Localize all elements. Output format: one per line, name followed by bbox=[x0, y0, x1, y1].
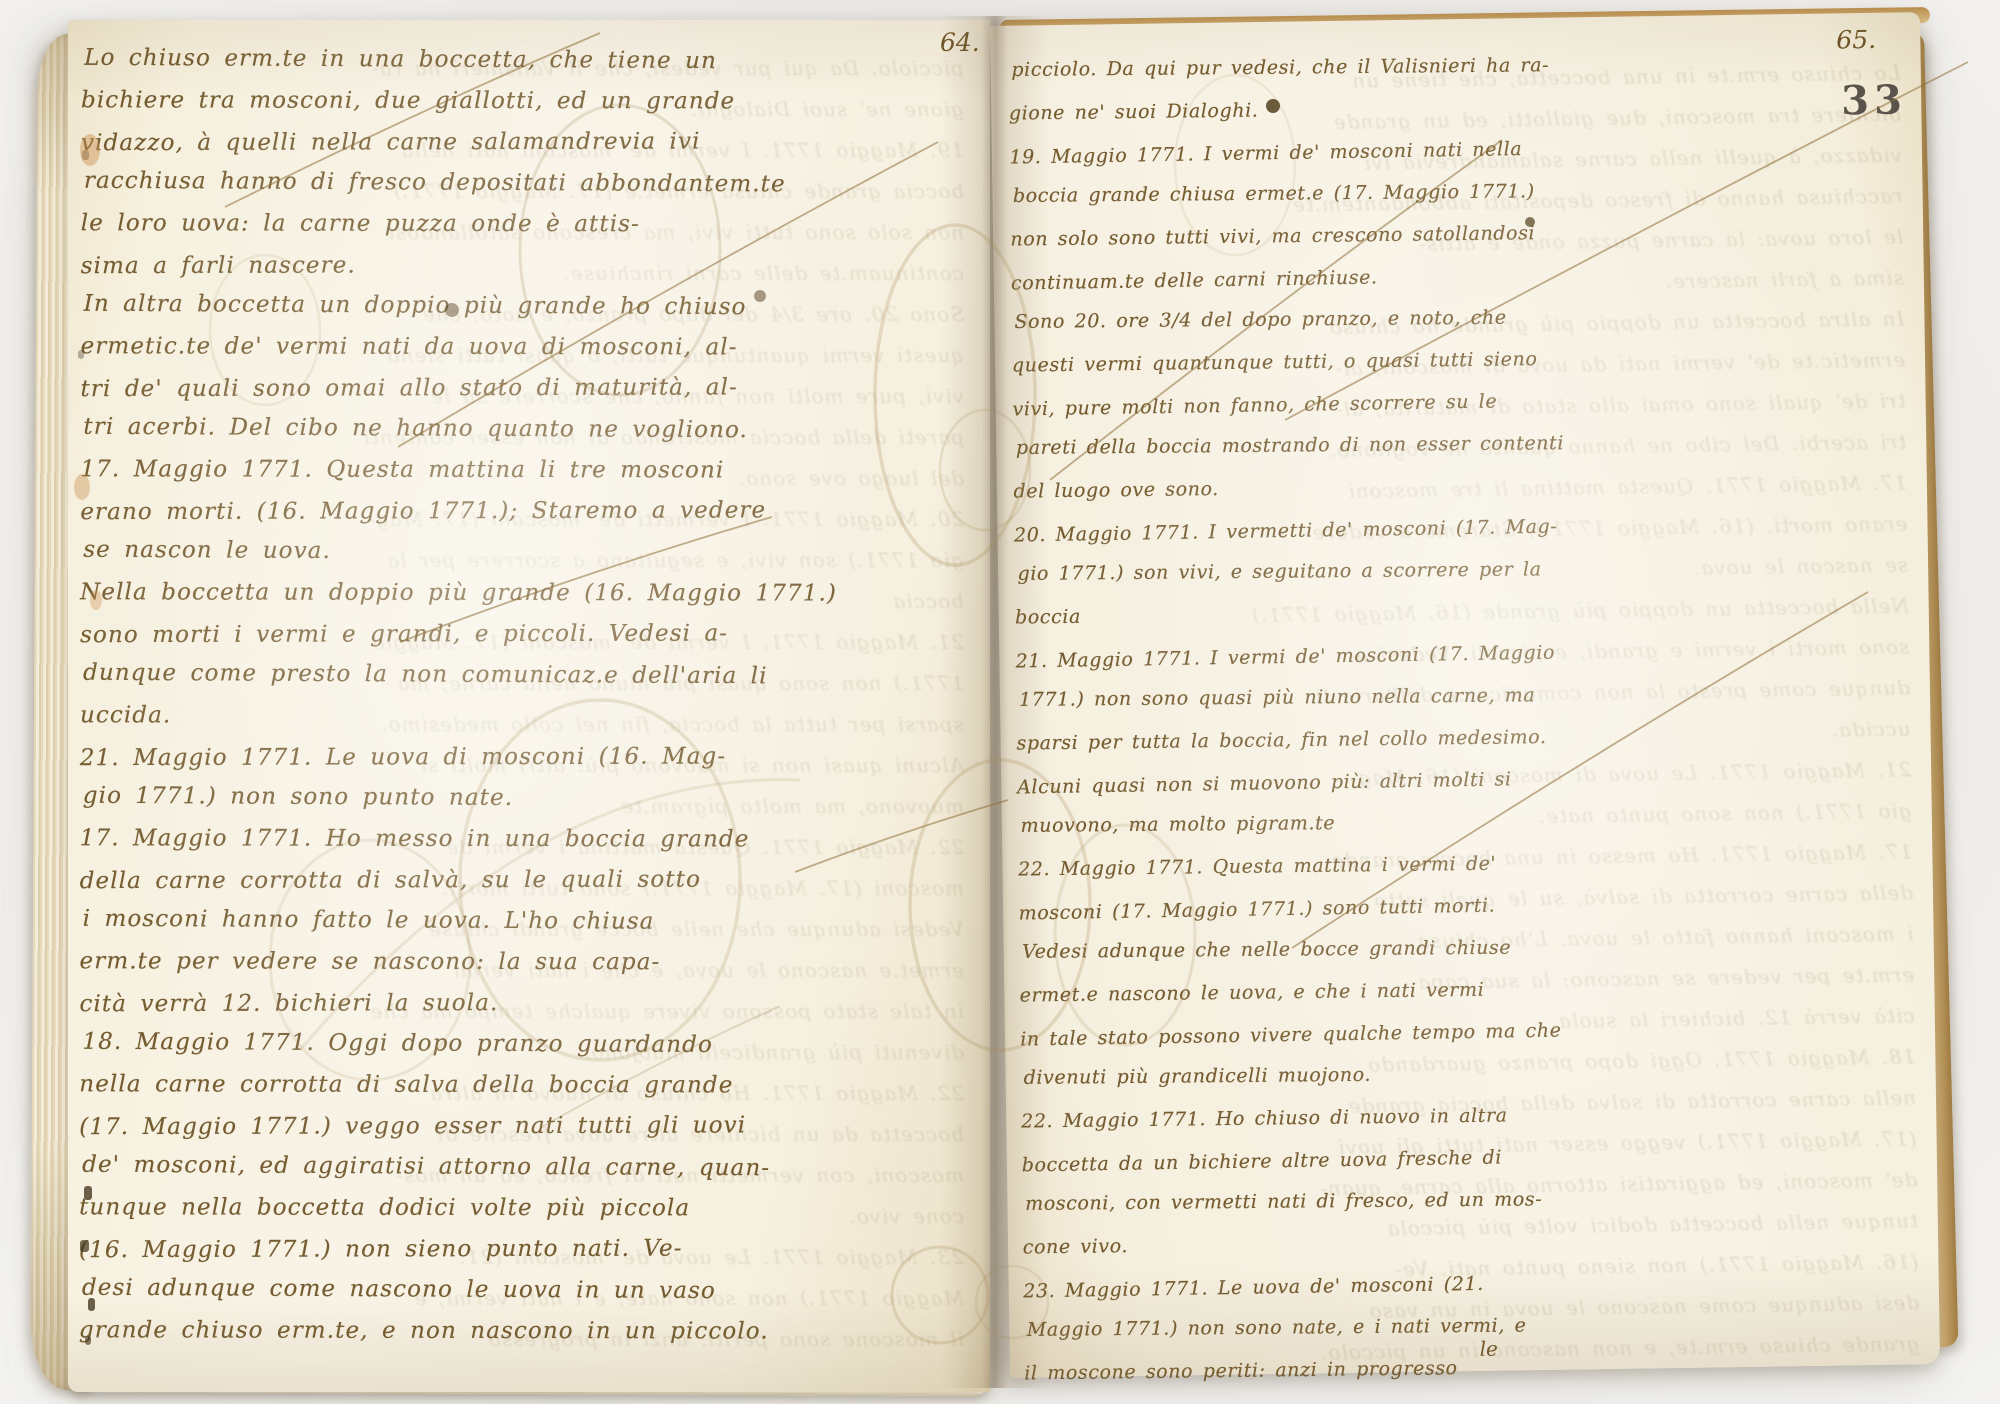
bleedthrough-line: 17. Maggio 1771. Questa mattina li tre m… bbox=[1021, 462, 1908, 516]
bleedthrough-line: tunque nella boccetta dodici volte più p… bbox=[1032, 1200, 1919, 1254]
manuscript-line: In altra boccetta un doppio più grande h… bbox=[84, 284, 964, 330]
bleedthrough-line: sparsi per tutta la boccia, fin nel coll… bbox=[104, 704, 964, 745]
manuscript-line: 18. Maggio 1771. Oggi dopo pranzo guarda… bbox=[82, 1022, 962, 1068]
bleedthrough-line: del luogo ove sono. bbox=[104, 458, 964, 499]
manuscript-line: 22. Maggio 1771. Ho chiuso di nuovo in a… bbox=[1021, 1089, 1921, 1142]
manuscript-line: del luogo ove sono. bbox=[1013, 460, 1913, 513]
manuscript-line: tunque nella boccetta dodici volte più p… bbox=[79, 1187, 959, 1230]
manuscript-line: le loro uova: la carne puzza onde è atti… bbox=[81, 203, 961, 246]
bleedthrough-line: nella carne corrotta di salva della bocc… bbox=[1030, 1077, 1917, 1131]
bleedthrough-line: non solo sono tutti vivi, ma crescono sa… bbox=[104, 212, 964, 253]
manuscript-line: continuam.te delle carni rinchiuse. bbox=[1011, 248, 1912, 305]
manuscript-line: i mosconi hanno fatto le uova. L'ho chiu… bbox=[83, 899, 963, 945]
manuscript-line: grande chiuso erm.te, e non nascono in u… bbox=[79, 1310, 959, 1353]
bleedthrough-line: le loro uova: la carne puzza onde è atti… bbox=[1017, 216, 1904, 270]
bleedthrough-line: gio 1771.) non sono punto nate. bbox=[1026, 790, 1913, 844]
bleedthrough-line: in tale stato possono vivere qualche tem… bbox=[104, 991, 964, 1032]
bleedthrough-line: mosconi, con vermetti nati di fresco, ed… bbox=[104, 1155, 964, 1196]
bleedthrough-text-right: Lo chiuso erm.te in una boccetta, che ti… bbox=[1015, 52, 1920, 1377]
bleedthrough-line: boccia grande chiusa ermet.e (17. Maggio… bbox=[104, 171, 964, 212]
bleedthrough-line: Vedesi adunque che nelle bocce grandi ch… bbox=[104, 909, 964, 950]
bleedthrough-line: sima a farli nascere. bbox=[1018, 257, 1905, 311]
manuscript-line: nella carne corrotta di salva della bocc… bbox=[79, 1064, 959, 1107]
manuscript-line: divenuti più grandicelli muojono. bbox=[1023, 1049, 1923, 1099]
bleedthrough-line: della carne corrotta di salvà, su le qua… bbox=[1027, 872, 1914, 926]
bleedthrough-line: 17. Maggio 1771. Ho messo in una boccia … bbox=[1026, 831, 1913, 885]
bleedthrough-line: boccetta da un bichiere altre uova fresc… bbox=[104, 1114, 964, 1155]
bleedthrough-line: bichiere tra mosconi, due giallotti, ed … bbox=[1015, 93, 1902, 147]
manuscript-line: 19. Maggio 1771. I vermi de' mosconi nat… bbox=[1009, 122, 1910, 179]
manuscript-line: bichiere tra mosconi, due giallotti, ed … bbox=[81, 80, 961, 123]
manuscript-line: mosconi (17. Maggio 1771.) sono tutti mo… bbox=[1018, 878, 1919, 935]
bleedthrough-line: de' mosconi, ed aggiratisi attorno alla … bbox=[1031, 1159, 1918, 1213]
manuscript-line: gio 1771.) non sono punto nate. bbox=[83, 776, 963, 822]
manuscript-line: racchiusa hanno di fresco depositati abb… bbox=[84, 161, 964, 207]
bleedthrough-line: dunque come presto la non comunicaz.e de… bbox=[1024, 667, 1911, 721]
catchword: le bbox=[1480, 1337, 1499, 1361]
bleedthrough-text-left: picciolo. Da qui pur vedesi, che il Vali… bbox=[104, 48, 964, 1360]
bleedthrough-line: In altra boccetta un doppio più grande h… bbox=[1018, 298, 1905, 352]
page-number-left: 64. bbox=[940, 28, 980, 57]
manuscript-line: in tale stato possono vivere qualche tem… bbox=[1020, 1004, 1921, 1061]
manuscript-line: tri de' quali sono omai allo stato di ma… bbox=[80, 367, 960, 410]
bleedthrough-line: mosconi (17. Maggio 1771.) sono tutti mo… bbox=[104, 868, 964, 909]
manuscript-line: Lo chiuso erm.te in una boccetta, che ti… bbox=[84, 38, 964, 84]
manuscript-line: (17. Maggio 1771.) veggo esser nati tutt… bbox=[79, 1105, 959, 1148]
manuscript-line: questi vermi quantunque tutti, o quasi t… bbox=[1012, 334, 1912, 387]
manuscript-line: boccia grande chiusa ermet.e (17. Maggio… bbox=[1013, 167, 1913, 217]
bleedthrough-line: cone vivo. bbox=[104, 1196, 964, 1237]
bleedthrough-line: 1771.) non sono quasi più niuno nella ca… bbox=[104, 663, 964, 704]
manuscript-line: 17. Maggio 1771. Questa mattina li tre m… bbox=[80, 449, 960, 492]
bleedthrough-line: tri acerbi. Del cibo ne hanno quanto ne … bbox=[1020, 421, 1907, 475]
bleedthrough-line: 23. Maggio 1771. Le uova de' mosconi (21… bbox=[104, 1237, 964, 1278]
folio-stamp: 33 bbox=[1841, 76, 1907, 124]
manuscript-line: non solo sono tutti vivi, ma crescono sa… bbox=[1010, 208, 1910, 261]
bleedthrough-line: erm.te per vedere se nascono: la sua cap… bbox=[1028, 954, 1915, 1008]
manuscript-line: muovono, ma molto pigram.te bbox=[1020, 797, 1920, 847]
manuscript-line: Maggio 1771.) non sono nate, e i nati ve… bbox=[1027, 1301, 1927, 1351]
page-number-right: 65. bbox=[1836, 25, 1876, 55]
manuscript-line: 21. Maggio 1771. Le uova di mosconi (16.… bbox=[80, 736, 960, 779]
manuscript-line: ermet.e nascono le uova, e che i nati ve… bbox=[1019, 963, 1919, 1016]
manuscript-line: 17. Maggio 1771. Ho messo in una boccia … bbox=[80, 818, 960, 861]
manuscript-line: 1771.) non sono quasi più niuno nella ca… bbox=[1019, 671, 1919, 721]
bleedthrough-line: divenuti più grandicelli muojono. bbox=[104, 1032, 964, 1073]
bleedthrough-line: 21. Maggio 1771. Le uova di mosconi (16.… bbox=[1025, 749, 1912, 803]
bleedthrough-line: Nella boccetta un doppio più grande (16.… bbox=[1022, 585, 1909, 639]
manuscript-line: picciolo. Da qui pur vedesi, che il Vali… bbox=[1011, 41, 1911, 91]
bleedthrough-line: 21. Maggio 1771. I vermi de' mosconi (17… bbox=[104, 622, 964, 663]
manuscript-line: il moscone sono periti: anzi in progress… bbox=[1024, 1341, 1924, 1394]
bleedthrough-line: 22. Maggio 1771. Ho chiuso di nuovo in a… bbox=[104, 1073, 964, 1114]
manuscript-line: sparsi per tutta la boccia, fin nel coll… bbox=[1016, 712, 1916, 765]
manuscript-line: 21. Maggio 1771. I vermi de' mosconi (17… bbox=[1015, 626, 1916, 683]
bleedthrough-line: Alcuni quasi non si muovono più: altri m… bbox=[104, 745, 964, 786]
bleedthrough-line: questi vermi quantunque tutti, o quasi t… bbox=[104, 335, 964, 376]
bleedthrough-line: racchiusa hanno di fresco depositati abb… bbox=[1016, 175, 1903, 229]
manuscript-line: pareti della boccia mostrando di non ess… bbox=[1016, 419, 1916, 469]
bleedthrough-line: erano morti. (16. Maggio 1771.); Staremo… bbox=[1021, 503, 1908, 557]
bleedthrough-line: vivi, pure molti non fanno, che scorrere… bbox=[104, 376, 964, 417]
manuscript-line: 23. Maggio 1771. Le uova de' mosconi (21… bbox=[1023, 1256, 1924, 1313]
bleedthrough-line: tri de' quali sono omai allo stato di ma… bbox=[1019, 380, 1906, 434]
manuscript-line: cone vivo. bbox=[1022, 1215, 1922, 1268]
manuscript-line: 20. Maggio 1771. I vermetti de' mosconi … bbox=[1014, 500, 1915, 557]
bleedthrough-line: (16. Maggio 1771.) non sieno punto nati.… bbox=[1032, 1241, 1919, 1295]
bleedthrough-line: picciolo. Da qui pur vedesi, che il Vali… bbox=[104, 48, 964, 89]
manuscript-line: se nascon le uova. bbox=[83, 530, 963, 576]
manuscript-line: cità verrà 12. bichieri la suola. bbox=[79, 982, 959, 1025]
manuscript-line: Alcuni quasi non si muovono più: altri m… bbox=[1017, 752, 1918, 809]
manuscript-text-left: Lo chiuso erm.te in una boccetta, che ti… bbox=[79, 39, 961, 1353]
manuscript-line: mosconi, con vermetti nati di fresco, ed… bbox=[1025, 1175, 1925, 1225]
manuscript-line: Vedesi adunque che nelle bocce grandi ch… bbox=[1022, 923, 1922, 973]
bleedthrough-line: pareti della boccia mostrando di non ess… bbox=[104, 417, 964, 458]
manuscript-line: desi adunque come nascono le uova in un … bbox=[82, 1268, 962, 1314]
bleedthrough-line: 20. Maggio 1771. I vermetti de' mosconi … bbox=[104, 499, 964, 540]
bleedthrough-line: Maggio 1771.) non sono nate, e i nati ve… bbox=[104, 1278, 964, 1319]
manuscript-line: gio 1771.) son vivi, e seguitano a scorr… bbox=[1017, 545, 1917, 595]
manuscript-line: gione ne' suoi Dialoghi. bbox=[1009, 82, 1909, 135]
bleedthrough-line: continuam.te delle carni rinchiuse. bbox=[104, 253, 964, 294]
manuscript-line: tri acerbi. Del cibo ne hanno quanto ne … bbox=[83, 407, 963, 453]
manuscript-line: Sono 20. ore 3/4 del dopo pranzo, e noto… bbox=[1014, 293, 1914, 343]
page-right: Lo chiuso erm.te in una boccetta, che ti… bbox=[990, 12, 1940, 1378]
manuscript-line: della carne corrotta di salvà, su le qua… bbox=[80, 859, 960, 902]
bleedthrough-line: se nascon le uova. bbox=[1022, 544, 1909, 598]
manuscript-line: ermetic.te de' vermi nati da uova di mos… bbox=[81, 326, 961, 369]
manuscript-line: erano morti. (16. Maggio 1771.); Staremo… bbox=[80, 490, 960, 533]
bleedthrough-line: il moscone sono periti: anzi in progress… bbox=[104, 1319, 964, 1360]
manuscript-line: 22. Maggio 1771. Questa mattina i vermi … bbox=[1018, 838, 1918, 891]
bleedthrough-line: 19. Maggio 1771. I vermi de' mosconi nat… bbox=[104, 130, 964, 171]
manuscript-line: Nella boccetta un doppio più grande (16.… bbox=[80, 572, 960, 615]
bleedthrough-line: desi adunque come nascono le uova in un … bbox=[1033, 1282, 1920, 1336]
bleedthrough-line: Sono 20. ore 3/4 del dopo pranzo, e noto… bbox=[104, 294, 964, 335]
bleedthrough-line: sono morti i vermi e grandi, e piccoli. … bbox=[1023, 626, 1910, 680]
bleedthrough-line: gio 1771.) son vivi, e seguitano a scorr… bbox=[104, 540, 964, 581]
bleedthrough-line: 18. Maggio 1771. Oggi dopo pranzo guarda… bbox=[1029, 1036, 1916, 1090]
bleedthrough-line: ermet.e nascono le uova, e che i nati ve… bbox=[104, 950, 964, 991]
manuscript-line: vidazzo, à quelli nella carne salamandre… bbox=[81, 121, 961, 164]
manuscript-line: (16. Maggio 1771.) non sieno punto nati.… bbox=[79, 1228, 959, 1271]
bleedthrough-line: (17. Maggio 1771.) veggo esser nati tutt… bbox=[1030, 1118, 1917, 1172]
manuscript-line: erm.te per vedere se nascono: la sua cap… bbox=[79, 941, 959, 984]
manuscript-line: de' mosconi, ed aggiratisi attorno alla … bbox=[82, 1145, 962, 1191]
photo-backdrop: picciolo. Da qui pur vedesi, che il Vali… bbox=[0, 0, 2000, 1404]
manuscript-line: sono morti i vermi e grandi, e piccoli. … bbox=[80, 613, 960, 656]
page-left: picciolo. Da qui pur vedesi, che il Vali… bbox=[68, 20, 990, 1392]
bleedthrough-line: ermetic.te de' vermi nati da uova di mos… bbox=[1019, 339, 1906, 393]
bleedthrough-line: vidazzo, à quelli nella carne salamandre… bbox=[1016, 134, 1903, 188]
manuscript-line: sima a farli nascere. bbox=[81, 244, 961, 287]
manuscript-line: dunque come presto la non comunicaz.e de… bbox=[83, 653, 963, 699]
bleedthrough-line: gione ne' suoi Dialoghi. bbox=[104, 89, 964, 130]
manuscript-line: vivi, pure molti non fanno, che scorrere… bbox=[1012, 374, 1913, 431]
bleedthrough-line: uccida. bbox=[1024, 708, 1911, 762]
bleedthrough-line: 22. Maggio 1771. Questa mattina i vermi … bbox=[104, 827, 964, 868]
manuscript-line: uccida. bbox=[80, 695, 960, 738]
manuscript-line: boccia bbox=[1015, 586, 1915, 639]
bleedthrough-line: boccia bbox=[104, 581, 964, 622]
manuscript-line: boccetta da un bichiere altre uova fresc… bbox=[1021, 1130, 1922, 1187]
bleedthrough-line: i mosconi hanno fatto le uova. L'ho chiu… bbox=[1027, 913, 1914, 967]
bleedthrough-line: Lo chiuso erm.te in una boccetta, che ti… bbox=[1015, 52, 1902, 106]
bleedthrough-line: muovono, ma molto pigram.te bbox=[104, 786, 964, 827]
manuscript-text-right: picciolo. Da qui pur vedesi, che il Vali… bbox=[1008, 40, 1924, 1395]
bleedthrough-line: cità verrà 12. bichieri la suola. bbox=[1029, 995, 1916, 1049]
